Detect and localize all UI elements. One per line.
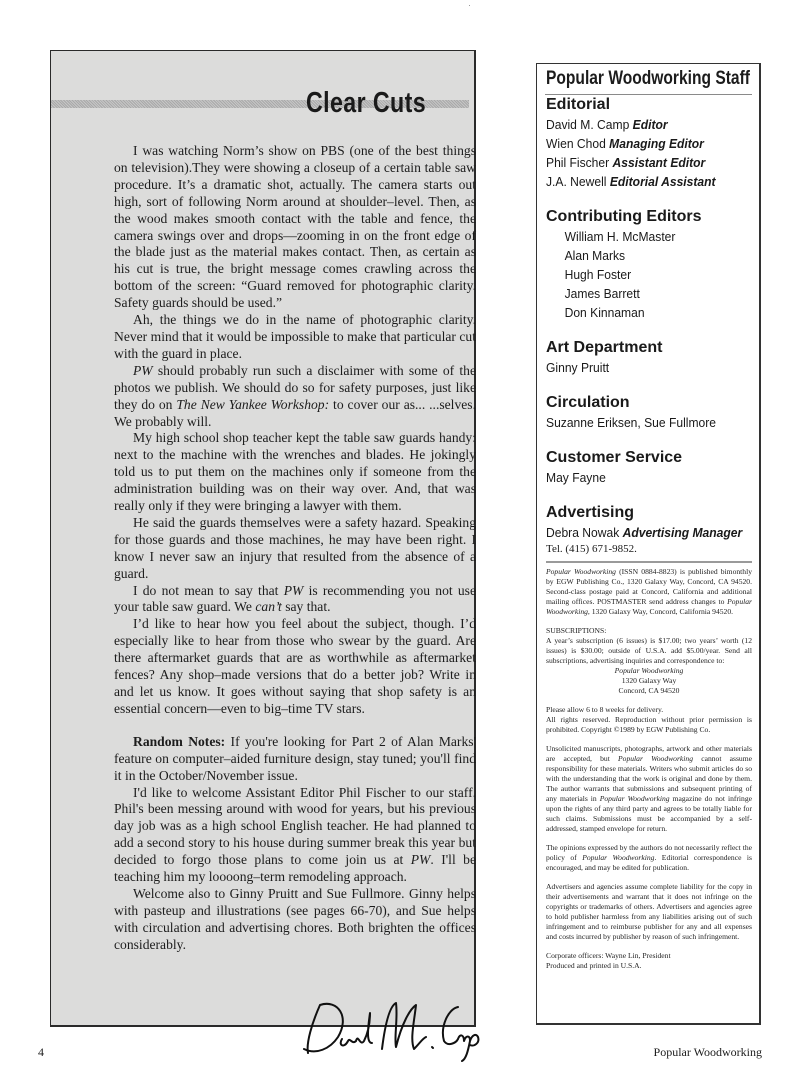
opinions-notice: The opinions expressed by the authors do… <box>546 843 752 873</box>
pw-abbrev: PW <box>284 583 304 598</box>
notice-text: A year’s subscription (6 issues) is $17.… <box>546 636 752 665</box>
staff-name: Wien Chod <box>546 136 606 151</box>
staff-member: David M. Camp Editor <box>546 115 738 134</box>
officers-notice: Corporate officers: Wayne Lin, President… <box>546 951 752 971</box>
publication-notice: Popular Woodworking (ISSN 0884-8823) is … <box>546 567 752 617</box>
paragraph: I’d like to hear how you feel about the … <box>114 616 476 717</box>
advertisers-notice: Advertisers and agencies assume complete… <box>546 882 752 942</box>
staff-member: Ginny Pruitt <box>546 358 738 377</box>
staff-name: Phil Fischer <box>546 155 609 170</box>
section-heading: Contributing Editors <box>546 207 752 227</box>
paragraph: I was watching Norm’s show on PBS (one o… <box>114 143 476 312</box>
paragraph: Ah, the things we do in the name of phot… <box>114 312 476 363</box>
section-heading: Editorial <box>546 95 752 115</box>
paragraph-text: I do not mean to say that <box>133 583 284 598</box>
staff-member: Don Kinnaman <box>546 303 738 322</box>
paragraph-random-notes: Random Notes: If you're looking for Part… <box>114 734 476 785</box>
page-number: 4 <box>38 1045 44 1060</box>
fine-print: Popular Woodworking (ISSN 0884-8823) is … <box>546 567 752 971</box>
column-title: Clear Cuts <box>306 81 426 125</box>
staff-member: William H. McMaster <box>546 227 738 246</box>
pw-abbrev: PW <box>411 852 431 867</box>
section-contributing-editors: Contributing Editors William H. McMaster… <box>546 207 752 322</box>
rights-notice: Please allow 6 to 8 weeks for delivery.A… <box>546 705 752 735</box>
section-circulation: Circulation Suzanne Eriksen, Sue Fullmor… <box>546 393 752 432</box>
subscriptions-notice: SUBSCRIPTIONS:A year’s subscription (6 i… <box>546 626 752 696</box>
column-body: I was watching Norm’s show on PBS (one o… <box>114 143 476 954</box>
staff-member: Phil Fischer Assistant Editor <box>546 153 738 172</box>
show-title: The New Yankee Workshop: <box>176 397 329 412</box>
staff-member: May Fayne <box>546 468 738 487</box>
paragraph: I do not mean to say that PW is recommen… <box>114 583 476 617</box>
paragraph-text: say that. <box>282 599 331 614</box>
address-line: 1320 Galaxy Way <box>622 676 677 685</box>
random-notes-label: Random Notes: <box>133 734 225 749</box>
paragraph: He said the guards themselves were a saf… <box>114 515 476 583</box>
emphasis: can’t <box>255 599 281 614</box>
magazine-name: Popular Woodworking <box>600 794 670 803</box>
paragraph: Welcome also to Ginny Pruitt and Sue Ful… <box>114 886 476 954</box>
staff-box: Popular Woodworking Staff Editorial Davi… <box>536 63 761 1025</box>
staff-role: Managing Editor <box>609 136 704 151</box>
scan-speck <box>469 5 470 6</box>
notice-text: All rights reserved. Reproduction withou… <box>546 715 752 734</box>
staff-name: J.A. Newell <box>546 174 606 189</box>
staff-name: David M. Camp <box>546 117 629 132</box>
staff-role: Assistant Editor <box>613 155 706 170</box>
section-customer-service: Customer Service May Fayne <box>546 448 752 487</box>
mailing-address: Popular Woodworking1320 Galaxy WayConcor… <box>546 666 752 696</box>
staff-role: Editorial Assistant <box>610 174 716 189</box>
staff-member: Debra Nowak Advertising Manager <box>546 523 738 542</box>
notice-text: Produced and printed in U.S.A. <box>546 961 642 970</box>
staff-member: Hugh Foster <box>546 265 738 284</box>
staff-box-title: Popular Woodworking Staff <box>546 66 714 92</box>
staff-role: Advertising Manager <box>623 525 743 540</box>
magazine-name: Popular Woodworking <box>618 754 693 763</box>
staff-member: J.A. Newell Editorial Assistant <box>546 172 738 191</box>
notice-text: Corporate officers: Wayne Lin, President <box>546 951 671 960</box>
divider <box>546 561 752 563</box>
address-line: Popular Woodworking <box>615 666 684 675</box>
section-advertising: Advertising Debra Nowak Advertising Mana… <box>546 503 752 557</box>
staff-member: Wien Chod Managing Editor <box>546 134 738 153</box>
subscriptions-heading: SUBSCRIPTIONS: <box>546 626 606 635</box>
section-heading: Art Department <box>546 338 752 358</box>
notice-text: Please allow 6 to 8 weeks for delivery. <box>546 705 663 714</box>
staff-member: Suzanne Eriksen, Sue Fullmore <box>546 413 738 432</box>
signature-image <box>298 993 488 1063</box>
editorial-column: Clear Cuts I was watching Norm’s show on… <box>50 50 476 1027</box>
staff-role: Editor <box>633 117 668 132</box>
notice-text: , 1320 Galaxy Way, Concord, California 9… <box>588 607 733 616</box>
footer-magazine-name: Popular Woodworking <box>654 1045 762 1060</box>
paragraph: PW should probably run such a disclaimer… <box>114 363 476 431</box>
staff-member: Alan Marks <box>546 246 738 265</box>
address-line: Concord, CA 94520 <box>619 686 680 695</box>
magazine-name: Popular Woodworking <box>582 853 654 862</box>
staff-member: James Barrett <box>546 284 738 303</box>
staff-name: Debra Nowak <box>546 525 619 540</box>
unsolicited-notice: Unsolicited manuscripts, photographs, ar… <box>546 744 752 834</box>
section-editorial: Editorial David M. Camp Editor Wien Chod… <box>546 95 752 191</box>
staff-listing: Editorial David M. Camp Editor Wien Chod… <box>546 95 752 980</box>
section-art-department: Art Department Ginny Pruitt <box>546 338 752 377</box>
section-heading: Customer Service <box>546 448 752 468</box>
pw-abbrev: PW <box>133 363 153 378</box>
paragraph: My high school shop teacher kept the tab… <box>114 430 476 515</box>
section-heading: Circulation <box>546 393 752 413</box>
section-heading: Advertising <box>546 503 752 523</box>
paragraph: I'd like to welcome Assistant Editor Phi… <box>114 785 476 886</box>
phone-number: Tel. (415) 671-9852. <box>546 542 752 557</box>
magazine-name: Popular Woodworking <box>546 567 616 576</box>
